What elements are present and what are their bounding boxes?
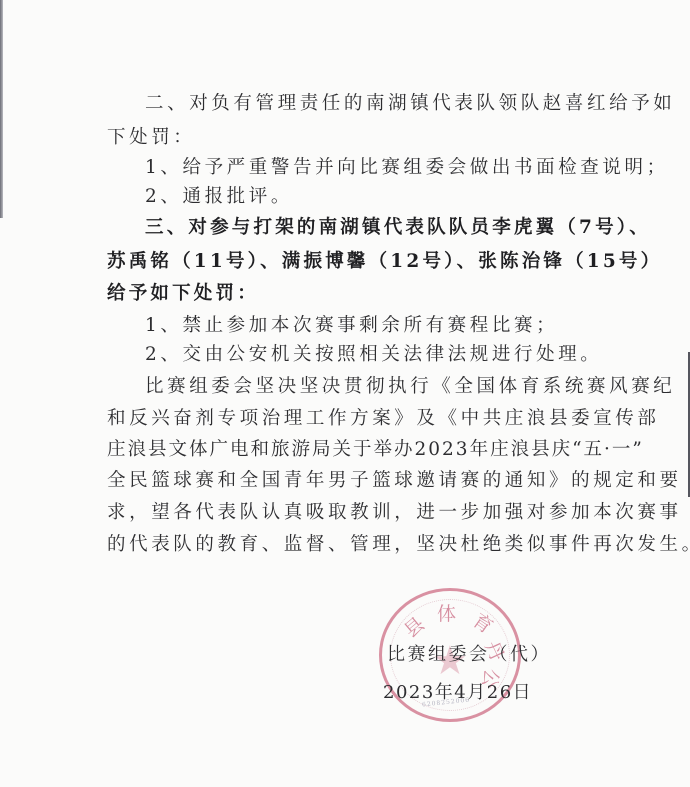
section-two-heading-line2: 下处罚： bbox=[107, 126, 195, 150]
scan-edge-left bbox=[0, 0, 3, 218]
section-three-heading-line1: 三、对参与打架的南湖镇代表队队员李虎翼（7号）、 bbox=[145, 216, 651, 240]
section-three-item-2: 2、交由公安机关按照相关法律法规进行处理。 bbox=[145, 343, 602, 367]
closing-line-1: 比赛组委会坚决坚决贯彻执行《全国体育系统赛风赛纪 bbox=[145, 375, 675, 399]
signature-organization: 比赛组委会（代） bbox=[387, 640, 551, 666]
section-three-item-1: 1、禁止参加本次赛事剩余所有赛程比赛； bbox=[145, 314, 558, 338]
closing-line-3: 庄浪县文体广电和旅游局关于举办2023年庄浪县庆“五·一” bbox=[107, 438, 644, 462]
section-two-item-1: 1、给予严重警告并向比赛组委会做出书面检查说明； bbox=[145, 156, 669, 180]
closing-line-2: 和反兴奋剂专项治理工作方案》及《中共庄浪县委宣传部 bbox=[107, 407, 660, 431]
section-three-heading-line2: 苏禹铭（11号）、满振博馨（12号）、张陈治锋（15号） bbox=[107, 250, 662, 274]
closing-line-4: 全民篮球赛和全国青年男子篮球邀请赛的通知》的规定和要 bbox=[107, 469, 682, 493]
section-two-item-2: 2、通报批评。 bbox=[145, 185, 293, 209]
seal-char-2: 体 bbox=[437, 599, 456, 626]
section-three-heading-line3: 给予如下处罚： bbox=[107, 282, 259, 306]
closing-line-6: 的代表队的教育、监督、管理，坚决杜绝类似事件再次发生。 bbox=[107, 533, 690, 557]
signature-date: 2023年4月26日 bbox=[383, 678, 532, 704]
closing-line-5: 求，望各代表队认真吸取教训，进一步加强对参加本次赛事 bbox=[107, 501, 682, 525]
section-two-heading-line1: 二、对负有管理责任的南湖镇代表队领队赵喜红给予如 bbox=[145, 92, 675, 116]
